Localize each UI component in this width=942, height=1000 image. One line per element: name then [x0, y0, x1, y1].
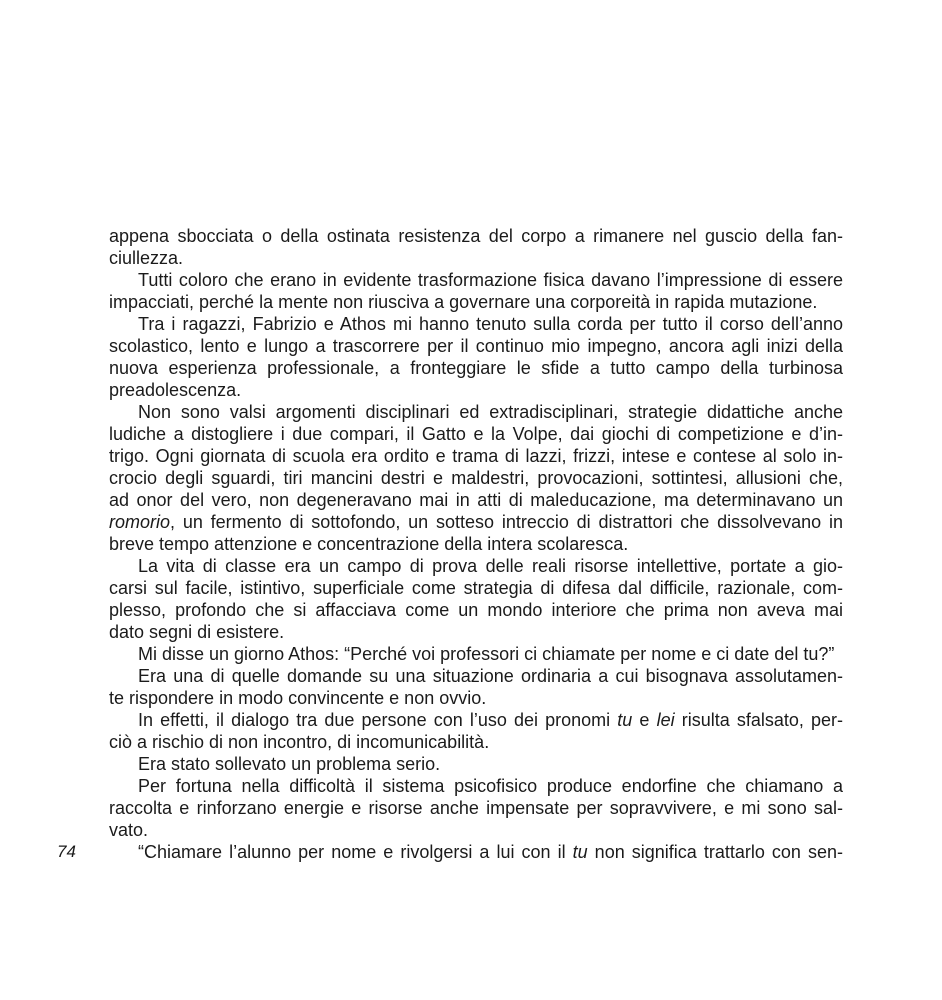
text-segment: Era una di quelle domande su una situazi… [138, 666, 843, 686]
text-line: plesso, profondo che si affacciava come … [109, 599, 843, 621]
text-segment: La vita di classe era un campo di prova … [138, 556, 843, 576]
text-segment: nuova esperienza professionale, a fronte… [109, 358, 843, 378]
text-line: carsi sul facile, istintivo, superficial… [109, 577, 843, 599]
text-segment: scolastico, lento e lungo a trascorrere … [109, 336, 843, 356]
text-segment: “Chiamare l’alunno per nome e rivolgersi… [138, 842, 573, 862]
text-line: ciò a rischio di non incontro, di incomu… [109, 731, 843, 753]
text-segment: ad onor del vero, non degeneravano mai i… [109, 490, 843, 510]
text-segment: Tra i ragazzi, Fabrizio e Athos mi hanno… [138, 314, 843, 334]
text-line: ad onor del vero, non degeneravano mai i… [109, 489, 843, 511]
text-segment: Per fortuna nella difficoltà il sistema … [138, 776, 843, 796]
text-line: crocio degli sguardi, tiri mancini destr… [109, 467, 843, 489]
text-line: La vita di classe era un campo di prova … [109, 555, 843, 577]
text-line: impacciati, perché la mente non riusciva… [109, 291, 843, 313]
text-line: appena sbocciata o della ostinata resist… [109, 225, 843, 247]
text-segment: vato. [109, 820, 148, 840]
text-segment: crocio degli sguardi, tiri mancini destr… [109, 468, 843, 488]
text-segment: Mi disse un giorno Athos: “Perché voi pr… [138, 644, 834, 664]
text-line: trigo. Ogni giornata di scuola era ordit… [109, 445, 843, 467]
italic-text-segment: lei [657, 710, 675, 730]
text-segment: risulta sfalsato, per- [675, 710, 843, 730]
text-line: Tra i ragazzi, Fabrizio e Athos mi hanno… [109, 313, 843, 335]
text-segment: Era stato sollevato un problema serio. [138, 754, 440, 774]
book-page: 74 appena sbocciata o della ostinata res… [0, 0, 942, 1000]
text-line: dato segni di esistere. [109, 621, 843, 643]
text-segment: Tutti coloro che erano in evidente trasf… [138, 270, 843, 290]
text-segment: trigo. Ogni giornata di scuola era ordit… [109, 446, 843, 466]
text-line: breve tempo attenzione e concentrazione … [109, 533, 843, 555]
italic-text-segment: romorio [109, 512, 170, 532]
text-segment: impacciati, perché la mente non riusciva… [109, 292, 817, 312]
text-line: te rispondere in modo convincente e non … [109, 687, 843, 709]
text-segment: Non sono valsi argomenti disciplinari ed… [138, 402, 843, 422]
text-line: nuova esperienza professionale, a fronte… [109, 357, 843, 379]
text-segment: appena sbocciata o della ostinata resist… [109, 226, 843, 246]
text-line: Per fortuna nella difficoltà il sistema … [109, 775, 843, 797]
text-segment: raccolta e rinforzano energie e risorse … [109, 798, 843, 818]
text-segment: ciò a rischio di non incontro, di incomu… [109, 732, 489, 752]
text-segment: dato segni di esistere. [109, 622, 284, 642]
text-segment: carsi sul facile, istintivo, superficial… [109, 578, 843, 598]
text-line: vato. [109, 819, 843, 841]
text-segment: breve tempo attenzione e concentrazione … [109, 534, 628, 554]
page-text-block: appena sbocciata o della ostinata resist… [109, 225, 843, 863]
text-line: ciullezza. [109, 247, 843, 269]
text-line: Mi disse un giorno Athos: “Perché voi pr… [109, 643, 843, 665]
italic-text-segment: tu [617, 710, 632, 730]
text-line: “Chiamare l’alunno per nome e rivolgersi… [109, 841, 843, 863]
text-line: scolastico, lento e lungo a trascorrere … [109, 335, 843, 357]
text-segment: In effetti, il dialogo tra due persone c… [138, 710, 617, 730]
text-line: raccolta e rinforzano energie e risorse … [109, 797, 843, 819]
text-line: Non sono valsi argomenti disciplinari ed… [109, 401, 843, 423]
text-segment: , un fermento di sottofondo, un sotteso … [170, 512, 843, 532]
text-segment: non significa trattarlo con sen- [588, 842, 843, 862]
text-line: Era una di quelle domande su una situazi… [109, 665, 843, 687]
text-line: In effetti, il dialogo tra due persone c… [109, 709, 843, 731]
text-line: preadolescenza. [109, 379, 843, 401]
text-line: Era stato sollevato un problema serio. [109, 753, 843, 775]
page-number: 74 [57, 841, 76, 863]
text-segment: e [632, 710, 656, 730]
text-segment: preadolescenza. [109, 380, 241, 400]
text-line: ludiche a distogliere i due compari, il … [109, 423, 843, 445]
text-line: romorio, un fermento di sottofondo, un s… [109, 511, 843, 533]
text-segment: ludiche a distogliere i due compari, il … [109, 424, 843, 444]
text-segment: ciullezza. [109, 248, 183, 268]
text-segment: te rispondere in modo convincente e non … [109, 688, 486, 708]
text-line: Tutti coloro che erano in evidente trasf… [109, 269, 843, 291]
text-segment: plesso, profondo che si affacciava come … [109, 600, 843, 620]
italic-text-segment: tu [573, 842, 588, 862]
